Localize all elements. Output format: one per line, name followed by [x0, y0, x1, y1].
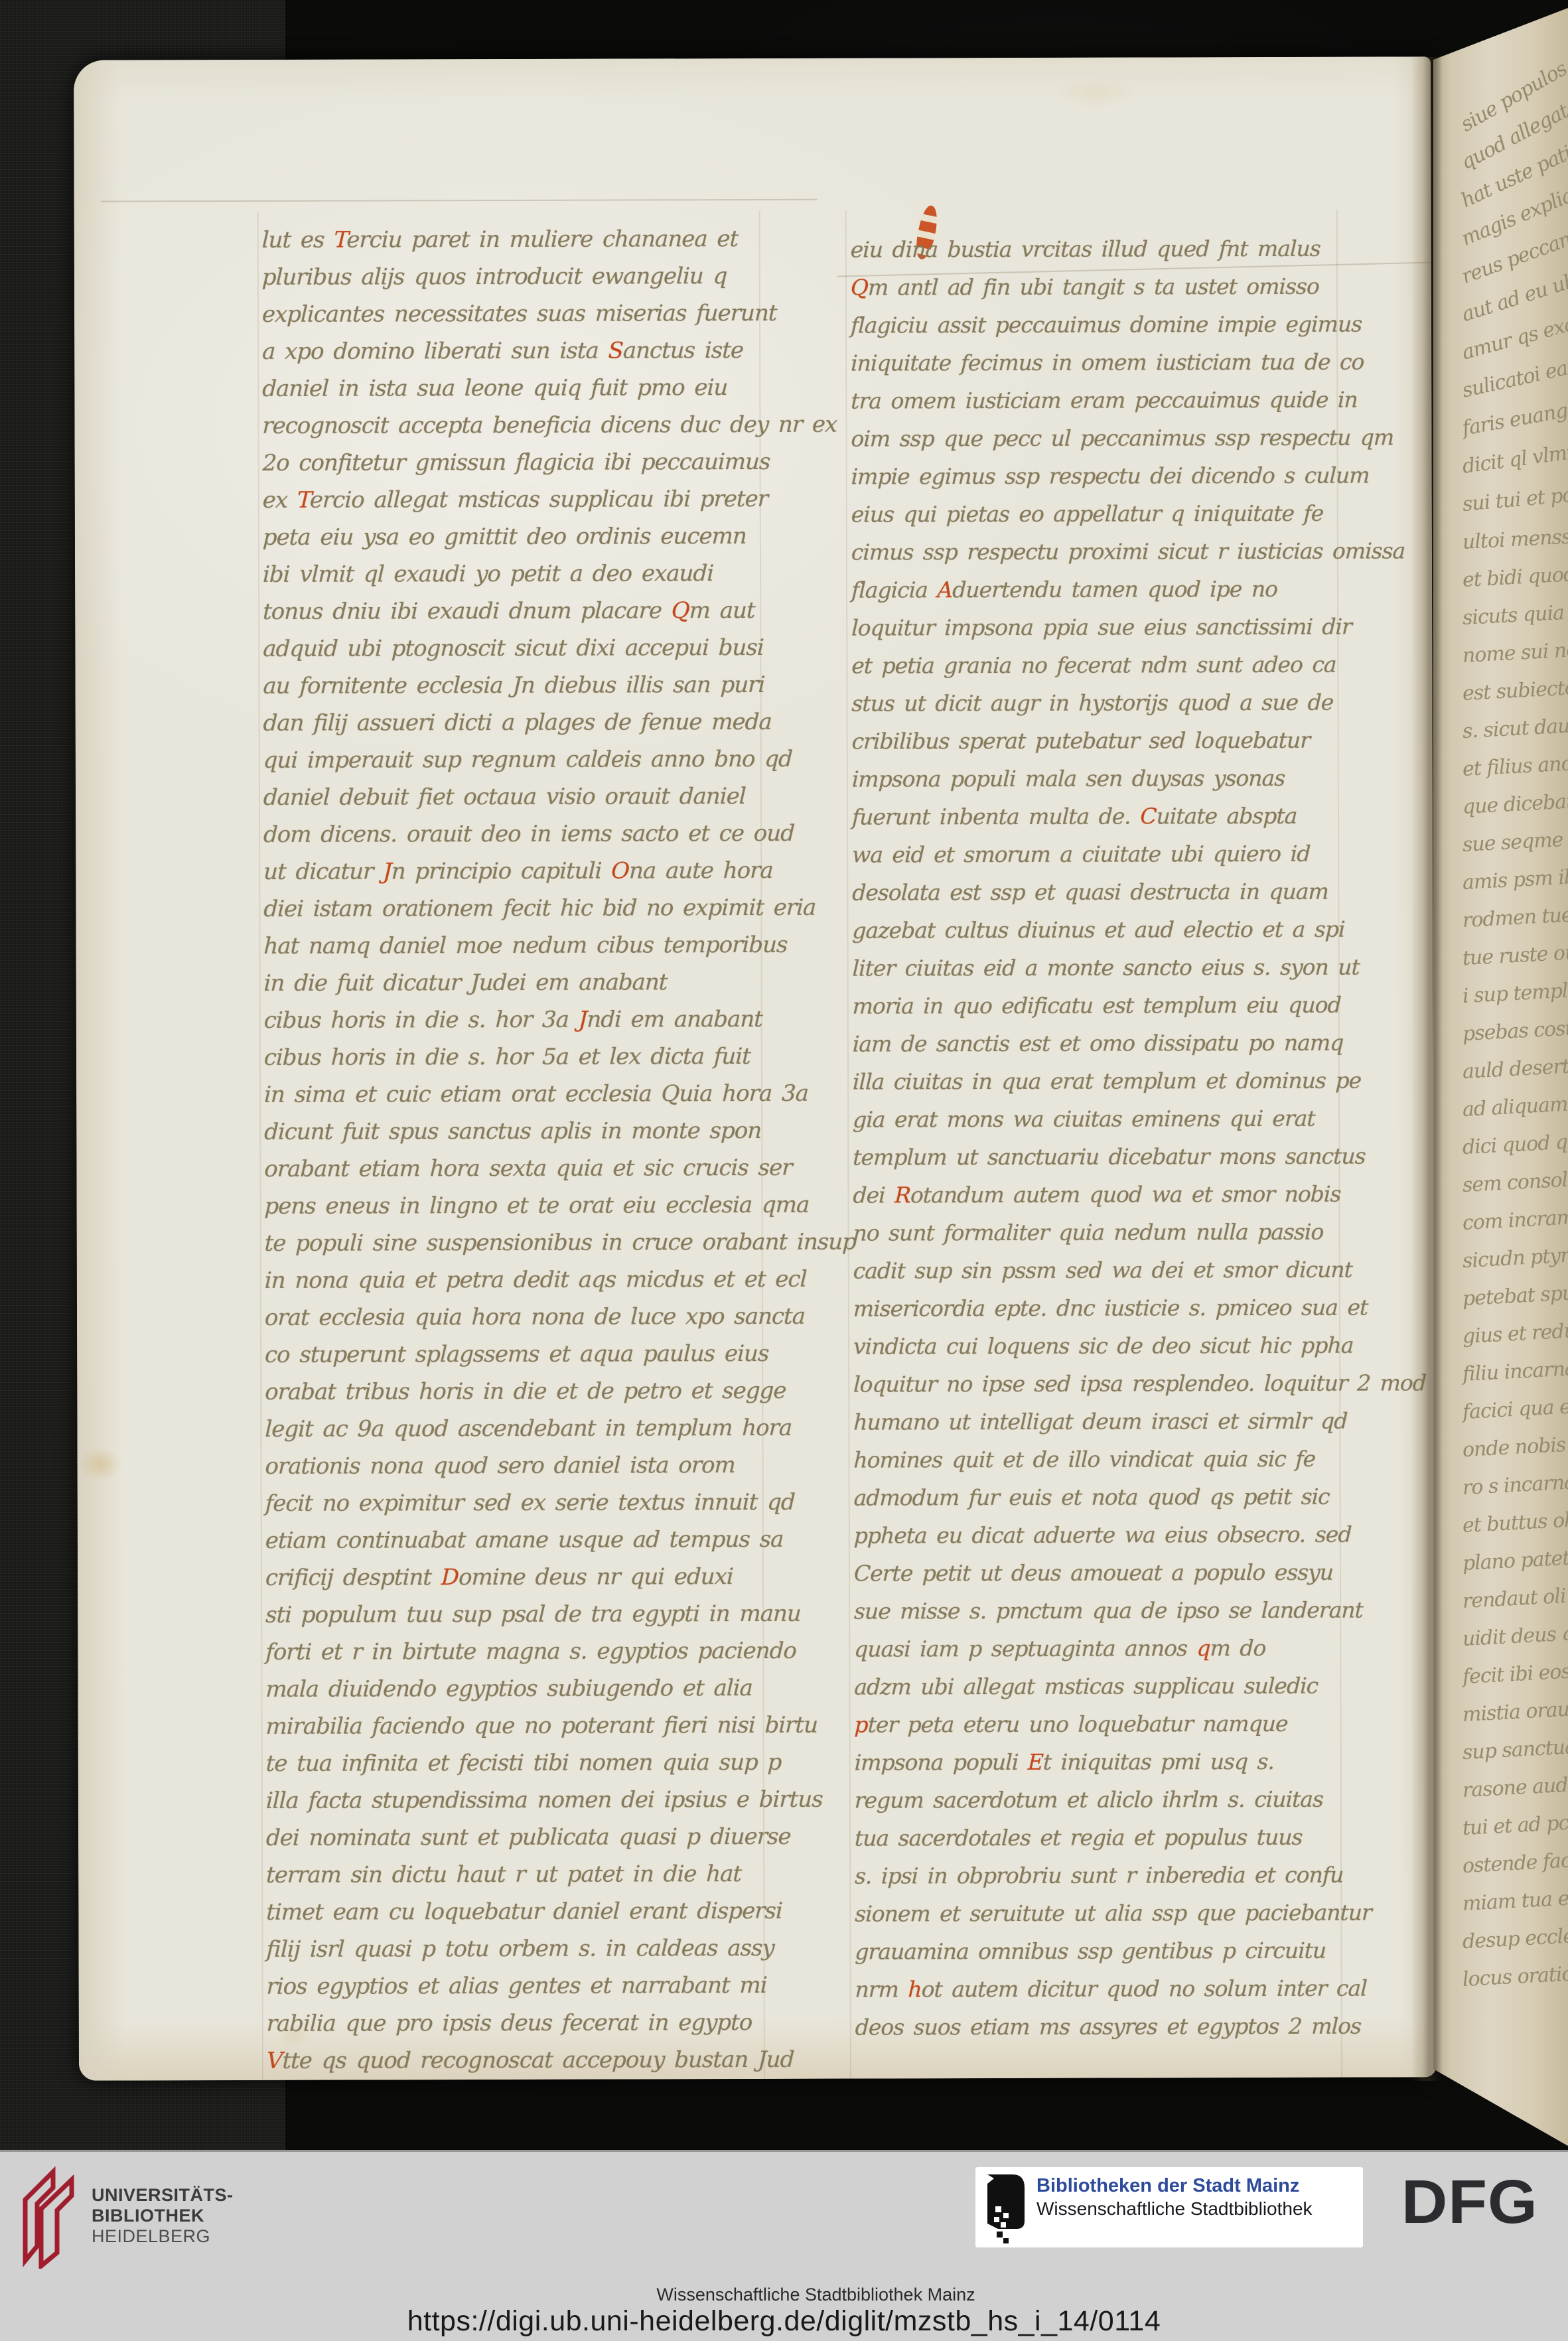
manuscript-right-column: eiu dina bustia vrcitas illud qued fnt m… [851, 230, 1346, 2081]
parchment-stain [1056, 77, 1135, 107]
manuscript-line: s. ipsi in obprobriu sunt r inberedia et… [854, 1856, 1344, 1895]
manuscript-line: fuerunt inbenta multa de. Cuitate abspta [851, 797, 1297, 836]
manuscript-line: vindicta cui loquens sic de deo sicut hi… [853, 1326, 1354, 1366]
manuscript-line: qui imperauit sup regnum caldeis anno bn… [263, 741, 793, 779]
manuscript-line: oim ssp que pecc ul peccanimus ssp respe… [851, 418, 1395, 457]
manuscript-line: daniel debuit fiet octaua visio orauit d… [263, 778, 747, 816]
manuscript-line: timet eam cu loquebatur daniel erant dis… [265, 1892, 782, 1931]
manuscript-line: lut es Terciu paret in muliere chananea … [261, 220, 739, 259]
manuscript-line: loquitur no ipse sed ipsa resplendeo. lo… [853, 1364, 1427, 1403]
manuscript-line: dei Rotandum autem quod wa et smor nobis [853, 1175, 1342, 1214]
heidelberg-logo-text: UNIVERSITÄTS- BIBLIOTHEK HEIDELBERG [92, 2185, 234, 2247]
manuscript-line: flagiciu assit peccauimus domine impie e… [850, 305, 1362, 344]
manuscript-line: recognoscit accepta beneficia dicens duc… [262, 406, 838, 445]
mainz-logo-line1: Bibliotheken der Stadt Mainz [1036, 2174, 1313, 2198]
gutter-crease-shadow [1411, 57, 1443, 2081]
manuscript-line: nrm hot autem dicitur quod no solum inte… [855, 1969, 1368, 2009]
manuscript-line: forti et r in birtute magna s. egyptios … [265, 1632, 796, 1671]
manuscript-line: iniquitate fecimus in omem iusticiam tua… [850, 343, 1364, 382]
manuscript-line: sti populum tuu sup psal de tra egypti i… [265, 1595, 801, 1634]
manuscript-line: pens eneus in lingno et te orat eiu eccl… [264, 1186, 810, 1225]
manuscript-line: cribilibus sperat putebatur sed loquebat… [851, 721, 1311, 760]
book-icon [983, 2172, 1033, 2245]
manuscript-line: tua sacerdotales et regia et populus tuu… [854, 1818, 1303, 1857]
manuscript-line: rendaut oli deo [1462, 1575, 1568, 1620]
manuscript-line: cibus horis in die s. hor 5a et lex dict… [263, 1038, 751, 1076]
manuscript-line: pluribus alijs quos introducit ewangeliu… [261, 257, 727, 296]
manuscript-line: legit ac 9a quod ascendebant in templum … [265, 1409, 793, 1448]
manuscript-line: grauamina omnibus ssp gentibus p circuit… [855, 1932, 1327, 1971]
manuscript-line: co stuperunt splagssems et aqua paulus e… [264, 1335, 769, 1374]
manuscript-line: misericordia epte. dnc iusticie s. pmice… [853, 1289, 1368, 1328]
manuscript-line: desolata est ssp et quasi destructa in q… [851, 873, 1328, 912]
manuscript-line: 2o confitetur gmissun flagicia ibi pecca… [262, 443, 771, 482]
manuscript-line: gazebat cultus diuinus et aud electio et… [852, 910, 1346, 950]
manuscript-line: illa facta stupendissima nomen dei ipsiu… [265, 1781, 823, 1819]
footer-url: https://digi.ub.uni-heidelberg.de/diglit… [0, 2305, 1568, 2338]
manuscript-line: orationis nona quod sero daniel ista oro… [265, 1447, 736, 1485]
manuscript-line: iam de sanctis est et omo dissipatu po n… [852, 1024, 1344, 1063]
manuscript-line: dicunt fuit spus sanctus aplis in monte … [263, 1112, 762, 1151]
manuscript-line: explicantes necessitates suas miserias f… [261, 295, 777, 333]
manuscript-page: lut es Terciu paret in muliere chananea … [74, 56, 1436, 2080]
manuscript-line: rios egyptios et alias gentes et narraba… [266, 1967, 768, 2005]
manuscript-line: loquitur impsona ppia sue eius sanctissi… [851, 608, 1352, 647]
manuscript-line: mirabilia faciendo que no poterant fieri… [265, 1707, 818, 1745]
open-book-icon [17, 2163, 84, 2269]
manuscript-line: liter ciuitas eid a monte sancto eius s.… [852, 948, 1360, 987]
manuscript-line: deos suos etiam ms assyres et egyptos 2 … [855, 2007, 1362, 2046]
manuscript-line: filij isrl quasi p totu orbem s. in cald… [266, 1930, 775, 1968]
manuscript-line: Certe petit ut deus amoueat a populo ess… [853, 1553, 1334, 1593]
mainz-logo-text: Bibliotheken der Stadt Mainz Wissenschaf… [1036, 2174, 1313, 2220]
manuscript-line: eius qui pietas eo appellatur q iniquita… [851, 494, 1324, 533]
manuscript-line: pter peta eteru uno loquebatur namque [854, 1705, 1289, 1744]
manuscript-line: orat ecclesia quia hora nona de luce xpo… [264, 1298, 806, 1336]
heidelberg-logo-line2: BIBLIOTHEK [92, 2206, 234, 2226]
manuscript-line: in nona quia et petra dedit aqs micdus e… [264, 1261, 807, 1299]
manuscript-line: Vtte qs quod recognoscat accepouy bustan… [266, 2041, 794, 2080]
manuscript-line: terram sin dictu haut r ut patet in die … [265, 1855, 742, 1894]
manuscript-line: homines quit et de illo vindicat quia si… [853, 1440, 1316, 1479]
manuscript-line: dei nominata sunt et publicata quasi p d… [265, 1818, 791, 1857]
heidelberg-logo-line1: UNIVERSITÄTS- [92, 2185, 234, 2206]
manuscript-line: humano ut intelligat deum irasci et sirm… [853, 1402, 1348, 1441]
manuscript-line: mala diuidendo egyptios subiugendo et al… [265, 1669, 753, 1708]
manuscript-line: moria in quo edificatu est templum eiu q… [852, 986, 1342, 1025]
manuscript-line: tra omem iusticiam eram peccauimus quide… [850, 381, 1358, 420]
manuscript-line: orabat tribus horis in die et de petro e… [264, 1372, 786, 1411]
manuscript-line: wa eid et smorum a ciuitate ubi quiero i… [851, 835, 1311, 874]
manuscript-line: illa ciuitas in qua erat templum et domi… [852, 1062, 1362, 1101]
manuscript-line: dan filij assueri dicti a plages de fenu… [263, 703, 772, 742]
manuscript-line: adquid ubi ptognoscit sicut dixi accepui… [262, 629, 764, 668]
manuscript-line: in die fuit dicatur Judei em anabant [263, 963, 668, 1002]
manuscript-line: crificij desptint Domine deus nr qui edu… [265, 1558, 734, 1596]
manuscript-line: a xpo domino liberati sun ista Sanctus i… [261, 332, 744, 370]
manuscript-line: tonus dniu ibi exaudi dnum placare Qm au… [262, 592, 755, 630]
manuscript-line: impsona populi mala sen duysas ysonas [851, 759, 1285, 798]
footer-caption: Wissenschaftliche Stadtbibliothek Mainz [32, 2285, 1568, 2305]
manuscript-line: sue misse s. pmctum qua de ipso se lande… [853, 1591, 1364, 1630]
heidelberg-logo-line3: HEIDELBERG [92, 2226, 234, 2247]
mainz-logo-line2: Wissenschaftliche Stadtbibliothek [1036, 2198, 1313, 2220]
manuscript-line: daniel in ista sua leone quiq fuit pmo e… [261, 369, 728, 407]
ruling-line-horizontal [101, 199, 818, 202]
manuscript-line: in sima et cuic etiam orat ecclesia Quia… [263, 1075, 809, 1113]
manuscript-line: admodum fur euis et nota quod qs petit s… [853, 1478, 1330, 1517]
manuscript-line: peta eiu ysa eo gmittit deo ordinis euce… [262, 518, 747, 556]
manuscript-line: etiam continuabat amane usque ad tempus … [265, 1521, 784, 1559]
manuscript-line: ex Tercio allegat msticas supplicau ibi … [262, 480, 768, 519]
scan-viewer-page: lut es Terciu paret in muliere chananea … [0, 0, 1568, 2341]
manuscript-line: cadit sup sin pssm sed wa dei et smor di… [853, 1251, 1353, 1290]
manuscript-line: regum sacerdotum et aliclo ihrlm s. ciui… [854, 1780, 1324, 1819]
manuscript-line: ibi vlmit ql exaudi yo petit a deo exaud… [262, 555, 714, 593]
manuscript-line: dom dicens. orauit deo in iems sacto et … [263, 815, 795, 853]
manuscript-line: sionem et seruitute ut alia ssp que paci… [854, 1894, 1372, 1933]
manuscript-line: fecit no expimitur sed ex serie textus i… [265, 1484, 796, 1522]
manuscript-line: te tua infinita et fecisti tibi nomen qu… [265, 1744, 782, 1782]
manuscript-line: stus ut dicit augr in hystorijs quod a s… [851, 683, 1334, 723]
manuscript-line: gia erat mons wa ciuitas eminens qui era… [852, 1100, 1315, 1139]
manuscript-line: cibus horis in die s. hor 3a Jndi em ana… [263, 1001, 763, 1039]
manuscript-line: hat namq daniel moe nedum cibus temporib… [263, 926, 788, 965]
manuscript-line: te populi sine suspensionibus in cruce o… [264, 1224, 857, 1262]
manuscript-line: no sunt formaliter quia nedum nulla pass… [853, 1213, 1324, 1252]
manuscript-line: diei istam orationem fecit hic bid no ex… [263, 889, 816, 928]
manuscript-line: impsona populi Et iniquitas pmi usq s. [854, 1742, 1275, 1782]
mainz-library-logo: Bibliotheken der Stadt Mainz Wissenschaf… [975, 2167, 1363, 2247]
manuscript-line: Qm antl ad fin ubi tangit s ta ustet omi… [850, 267, 1320, 307]
heidelberg-library-logo: UNIVERSITÄTS- BIBLIOTHEK HEIDELBERG [17, 2163, 236, 2275]
manuscript-line: flagicia Aduertendu tamen quod ipe no [851, 570, 1278, 609]
manuscript-line: ppheta eu dicat aduerte wa eius obsecro.… [853, 1516, 1352, 1555]
manuscript-left-column: lut es Terciu paret in muliere chananea … [262, 220, 771, 2081]
manuscript-line: cimus ssp respectu proximi sicut r iusti… [851, 532, 1405, 571]
manuscript-line: rabilia que pro ipsis deus fecerat in eg… [266, 2004, 752, 2042]
manuscript-line: impie egimus ssp respectu dei dicendo s … [851, 457, 1370, 496]
manuscript-line: ut dicatur Jn principio capituli Ona aut… [263, 852, 773, 890]
manuscript-line: templum ut sanctuariu dicebatur mons san… [852, 1137, 1366, 1176]
manuscript-line: quasi iam p septuaginta annos qm do [853, 1629, 1266, 1668]
manuscript-line: au fornitente ecclesia Jn diebus illis s… [263, 666, 766, 705]
manuscript-line: et petia grania no fecerat ndm sunt adeo… [851, 646, 1336, 685]
dfg-logo: DFG [1401, 2178, 1561, 2230]
manuscript-line: orabant etiam hora sexta quia et sic cru… [263, 1149, 792, 1188]
next-page-edge: siue populos filij issl uquod allegat ms… [1433, 8, 1568, 2146]
manuscript-line: adzm ubi allegat msticas supplicau suled… [854, 1667, 1319, 1706]
parchment-stain [78, 1447, 121, 1482]
manuscript-line: eiu dina bustia vrcitas illud qued fnt m… [850, 230, 1321, 269]
